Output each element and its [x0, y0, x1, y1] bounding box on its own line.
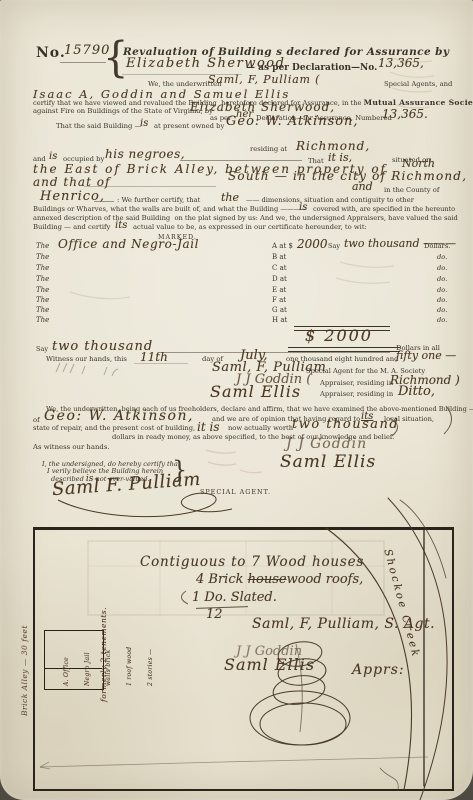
row-prefix: The [36, 287, 49, 295]
row-d-unit: do. [437, 276, 447, 283]
that-said-building: That the said Building — [56, 123, 141, 130]
is-hw-1: is [140, 119, 148, 130]
row-prefix: The [36, 276, 49, 284]
ellis-title: Appraiser, residing in [320, 391, 393, 398]
row-a-description: Office and Negro-Jail [58, 238, 199, 251]
formerly-tenements-label: formerly 2 tenements. [100, 607, 108, 702]
declaration-number: 13,365, [378, 57, 424, 70]
scanned-document: No. 15790 { Revaluation of Building s de… [0, 0, 473, 800]
ellis-signature: Saml Ellis [210, 384, 301, 401]
row-d-letter: D at [272, 276, 287, 284]
and-hw-2: and [352, 181, 373, 193]
county-of-label: in the County of [384, 187, 439, 194]
total-value: $ 2000 [305, 328, 373, 345]
row-a-unit: Dollars. [424, 243, 450, 250]
row-prefix: The [36, 265, 49, 273]
occupants-hw: his negroes, [105, 148, 185, 161]
row-e-letter: E at [272, 287, 286, 295]
no-blank-rule [60, 62, 106, 63]
row-b-letter: B at [272, 254, 286, 262]
owner-name-hw: Geo: W. Atkinson, [226, 115, 359, 129]
say-amount-hw: two thousand [52, 340, 153, 354]
worth-label: now actually worth [228, 425, 293, 432]
its-hw-1: its [115, 221, 127, 232]
row-b-unit: do. [437, 254, 447, 261]
declaration-no-label: No. [36, 46, 66, 61]
row-a-say: Say [328, 243, 340, 250]
row-prefix: The [36, 243, 49, 251]
row-f-letter: F at [272, 297, 286, 305]
annexed-line: annexed description of the said Building… [33, 215, 458, 222]
plat-note-3: 1 Do. Slated. [192, 591, 277, 605]
residing-at-label: residing at [250, 146, 287, 153]
say-label: Say [36, 346, 48, 353]
plat-note-2-pre: 4 Brick [196, 572, 248, 587]
row-prefix: The [36, 254, 49, 262]
building-note-line: 2 stories — [147, 647, 154, 686]
goddin-signature-2: J J Goddin [286, 437, 367, 452]
owner-name-2-hw: Geo: W. Atkinson, [44, 409, 194, 424]
it-is-hw-2: it is [197, 421, 219, 434]
special-agent-label: SPECIAL AGENT. [200, 489, 271, 496]
say-amount-rule [158, 352, 390, 353]
declarant-name-2: Elizabeth Sherwood, [190, 101, 335, 114]
plat-note-2-struck: house [248, 572, 287, 587]
plat-note-total: 12 [206, 608, 223, 622]
row-prefix: The [36, 307, 49, 315]
plat-ellis-signature: Saml Ellis [224, 657, 315, 674]
south-line-hw: South — in the city of Richmond, [228, 170, 467, 183]
is-hw-3: is [299, 203, 307, 214]
number-2-hw: 13,365. [382, 108, 428, 121]
row-c-unit: do. [437, 265, 447, 272]
year-hw: fifty one — [396, 350, 456, 362]
dimensions-label: —— dimensions, situation and contiguity … [246, 197, 414, 204]
covered-line: covered with, are specified in the hereu… [313, 206, 455, 213]
row-g-unit: do. [437, 307, 447, 314]
occupants-rule [180, 160, 302, 161]
row-a-value: 2000 [297, 238, 328, 251]
witness-hands-label: Witness our hands, this [46, 356, 127, 363]
row-h-unit: do. [437, 317, 447, 324]
row-c-letter: C at [272, 265, 287, 273]
worth-amount-hw: two thousand [292, 418, 399, 432]
owned-by-label: at present owned by [154, 123, 224, 130]
plat-note-1: Contiguous to 7 Wood houses [140, 555, 364, 569]
special-agents-label: Special Agents, and [384, 81, 452, 88]
further-certify-label: : We further certify, that [117, 197, 200, 204]
building-note: A. Office Negro Jail walls brick 1 roof … [49, 647, 168, 686]
plat-note-2-post: wood roofs, [287, 572, 364, 587]
row-g-letter: G at [272, 307, 287, 315]
building-note-line: A. Office [63, 647, 70, 686]
row-prefix: The [36, 317, 49, 325]
north-hw: North [402, 158, 435, 170]
is-hw-2: is [49, 152, 57, 163]
agent-name-hw: Saml, F, Pulliam ( [208, 74, 320, 86]
building-note-line: Negro Jail [84, 647, 91, 686]
row-a-letter: A at $ [272, 243, 293, 251]
walls-line: Buildings or Wharves, what the walls are… [33, 206, 307, 213]
county-rule [94, 201, 114, 202]
building-note-line: 1 roof wood [126, 647, 133, 686]
row-e-unit: do. [437, 287, 447, 294]
brick-alley-label: Brick Alley — 30 feet [21, 625, 29, 716]
row-f-unit: do. [437, 297, 447, 304]
plat-note-2: 4 Brick housewood roofs, [196, 573, 363, 587]
against-fire-line: against Fire on Buildings of the State o… [33, 108, 213, 115]
repair-label: state of repair, and the present cost of… [33, 425, 195, 432]
society-name: Mutual Assurance Society [364, 98, 473, 107]
as-witness-label: As witness our hands. [33, 444, 110, 452]
goddin-title: Appraiser, residing in [320, 380, 393, 387]
actual-value-label: actual value to be, as expressed in our … [133, 224, 367, 231]
day-rule [134, 363, 188, 364]
building-certify-label: Building — and certify [33, 224, 110, 231]
row-h-letter: H at [272, 317, 287, 325]
ellis-signature-2: Saml Ellis [280, 454, 376, 472]
row-prefix: The [36, 297, 49, 305]
the-hw: the [221, 192, 239, 204]
plat-apprs-label: Apprs: [352, 663, 405, 678]
neighbor-rule [84, 186, 216, 187]
ellis-place: Ditto, [398, 385, 435, 399]
day-hw: 11th [140, 351, 168, 364]
